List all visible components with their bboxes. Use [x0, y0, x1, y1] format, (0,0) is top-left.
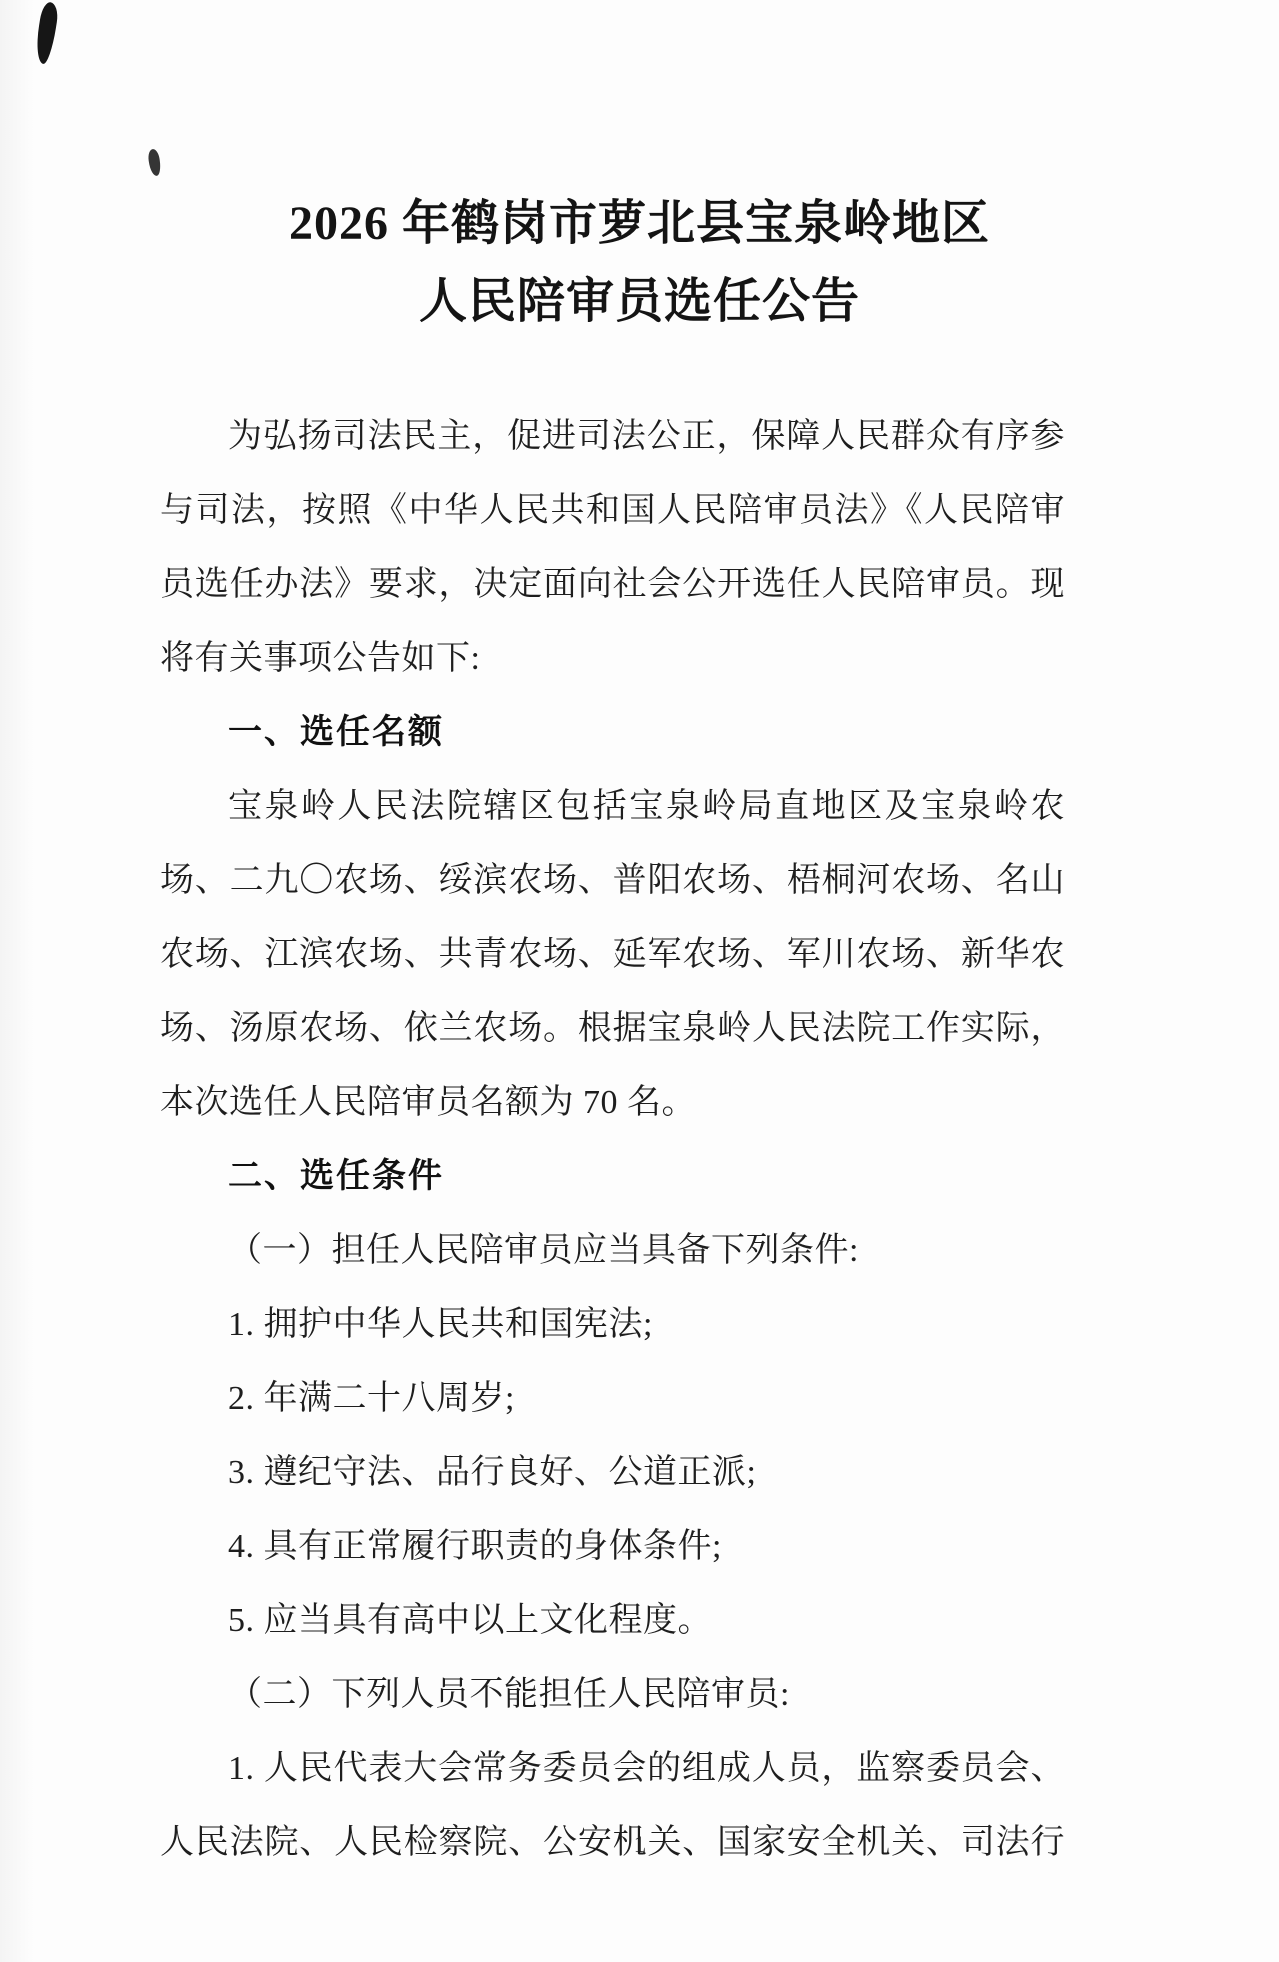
condition-item-3: 3. 遵纪守法、品行良好、公道正派; [160, 1436, 1065, 1510]
section-2-subheading-2: （二）下列人员不能担任人民陪审员: [160, 1658, 1065, 1732]
section-2-subheading-1: （一）担任人民陪审员应当具备下列条件: [160, 1214, 1065, 1288]
intro-line: 与司法，按照《中华人民共和国人民陪审员法》《人民陪审 [160, 474, 1065, 548]
document-title-line-2: 人民陪审员选任公告 [0, 263, 1279, 341]
section-1-line: 宝泉岭人民法院辖区包括宝泉岭局直地区及宝泉岭农 [160, 770, 1065, 844]
intro-line: 员选任办法》要求，决定面向社会公开选任人民陪审员。现 [160, 548, 1065, 622]
document-title-line-1: 2026 年鹤岗市萝北县宝泉岭地区 [0, 185, 1279, 263]
section-1-line: 本次选任人民陪审员名额为 70 名。 [160, 1066, 1065, 1140]
exclusion-item-line: 1. 人民代表大会常务委员会的组成人员，监察委员会、 [160, 1732, 1065, 1806]
section-1-line: 场、二九〇农场、绥滨农场、普阳农场、梧桐河农场、名山 [160, 844, 1065, 918]
scanned-document-page: 2026 年鹤岗市萝北县宝泉岭地区 人民陪审员选任公告 为弘扬司法民主，促进司法… [0, 0, 1279, 1962]
document-body: 为弘扬司法民主，促进司法公正，保障人民群众有序参 与司法，按照《中华人民共和国人… [160, 400, 1065, 1880]
document-title: 2026 年鹤岗市萝北县宝泉岭地区 人民陪审员选任公告 [0, 185, 1279, 341]
condition-item-1: 1. 拥护中华人民共和国宪法; [160, 1288, 1065, 1362]
intro-line: 将有关事项公告如下: [160, 622, 1065, 696]
section-2-heading: 二、选任条件 [160, 1140, 1065, 1214]
section-1-line: 农场、江滨农场、共青农场、延军农场、军川农场、新华农 [160, 918, 1065, 992]
scan-ink-artifact [147, 148, 162, 176]
condition-item-2: 2. 年满二十八周岁; [160, 1362, 1065, 1436]
condition-item-4: 4. 具有正常履行职责的身体条件; [160, 1510, 1065, 1584]
section-1-heading: 一、选任名额 [160, 696, 1065, 770]
condition-item-5: 5. 应当具有高中以上文化程度。 [160, 1584, 1065, 1658]
section-1-line: 场、汤原农场、依兰农场。根据宝泉岭人民法院工作实际， [160, 992, 1065, 1066]
page-number: 1 [0, 1828, 1279, 1862]
intro-line: 为弘扬司法民主，促进司法公正，保障人民群众有序参 [160, 400, 1065, 474]
scan-ink-artifact [33, 1, 59, 65]
